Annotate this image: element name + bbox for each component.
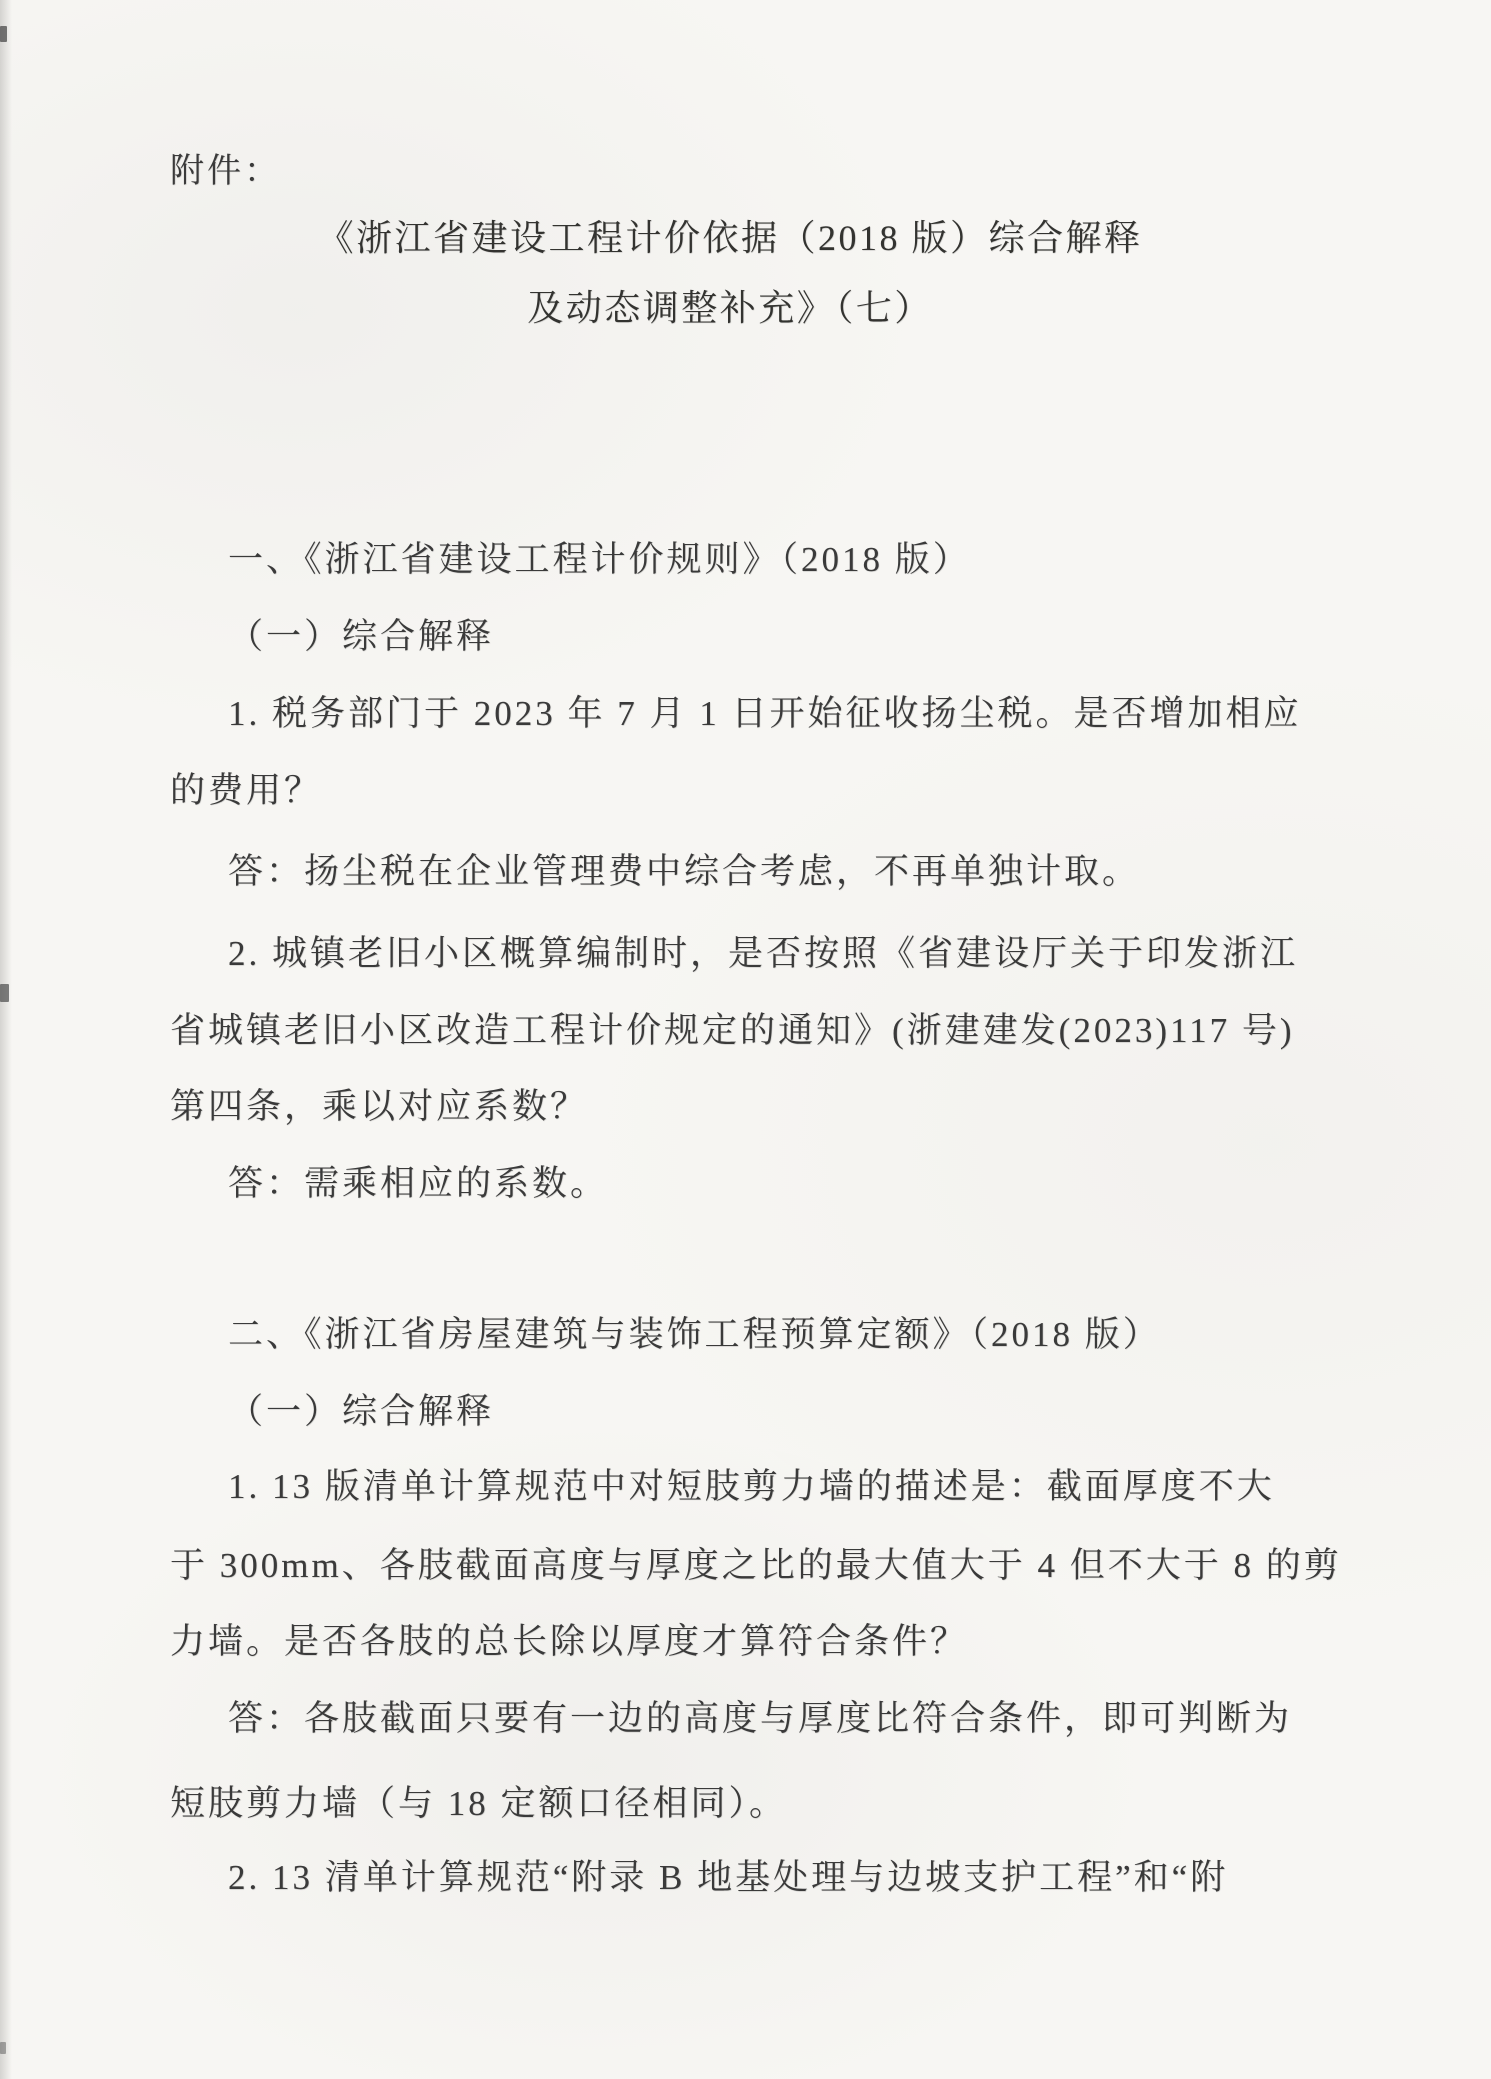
section2-answer1-line1: 答：各肢截面只要有一边的高度与厚度比符合条件，即可判断为 bbox=[228, 1697, 1292, 1741]
scanned-document-page: 附件： 《浙江省建设工程计价依据（2018 版）综合解释 及动态调整补充》（七）… bbox=[0, 0, 1491, 2079]
section2-answer1-line2: 短肢剪力墙（与 18 定额口径相同）。 bbox=[170, 1782, 787, 1826]
section2-question1-line1: 1. 13 版清单计算规范中对短肢剪力墙的描述是：截面厚度不大 bbox=[228, 1465, 1275, 1509]
section1-subheading: （一）综合解释 bbox=[228, 615, 494, 659]
attachment-label: 附件： bbox=[170, 150, 281, 194]
doc-title-line-2: 及动态调整补充》（七） bbox=[120, 286, 1340, 330]
scan-speck-bottom-left bbox=[0, 2042, 6, 2054]
section1-question2-line2: 省城镇老旧小区改造工程计价规定的通知》(浙建建发(2023)117 号) bbox=[170, 1009, 1295, 1053]
scan-edge-shadow bbox=[0, 0, 12, 2079]
section1-answer2: 答：需乘相应的系数。 bbox=[228, 1162, 608, 1206]
scan-speck-mid-left bbox=[0, 984, 9, 1002]
section2-question2-line1: 2. 13 清单计算规范“附录 B 地基处理与边坡支护工程”和“附 bbox=[228, 1856, 1228, 1900]
scan-speck-top-left bbox=[0, 26, 7, 42]
section1-question2-line1: 2. 城镇老旧小区概算编制时，是否按照《省建设厅关于印发浙江 bbox=[228, 932, 1298, 976]
section1-answer1: 答：扬尘税在企业管理费中综合考虑，不再单独计取。 bbox=[228, 850, 1140, 894]
section2-question1-line2: 于 300mm、各肢截面高度与厚度之比的最大值大于 4 但不大于 8 的剪 bbox=[170, 1544, 1342, 1588]
section2-subheading: （一）综合解释 bbox=[228, 1390, 494, 1434]
section1-heading: 一、《浙江省建设工程计价规则》（2018 版） bbox=[228, 538, 971, 582]
section2-question1-line3: 力墙。是否各肢的总长除以厚度才算符合条件？ bbox=[170, 1620, 968, 1664]
doc-title-line-1: 《浙江省建设工程计价依据（2018 版）综合解释 bbox=[120, 216, 1340, 260]
section2-heading: 二、《浙江省房屋建筑与装饰工程预算定额》（2018 版） bbox=[228, 1313, 1161, 1357]
section1-question2-line3: 第四条，乘以对应系数？ bbox=[170, 1085, 588, 1129]
section1-question1-line2: 的费用？ bbox=[170, 769, 322, 813]
section1-question1-line1: 1. 税务部门于 2023 年 7 月 1 日开始征收扬尘税。是否增加相应 bbox=[228, 692, 1302, 736]
